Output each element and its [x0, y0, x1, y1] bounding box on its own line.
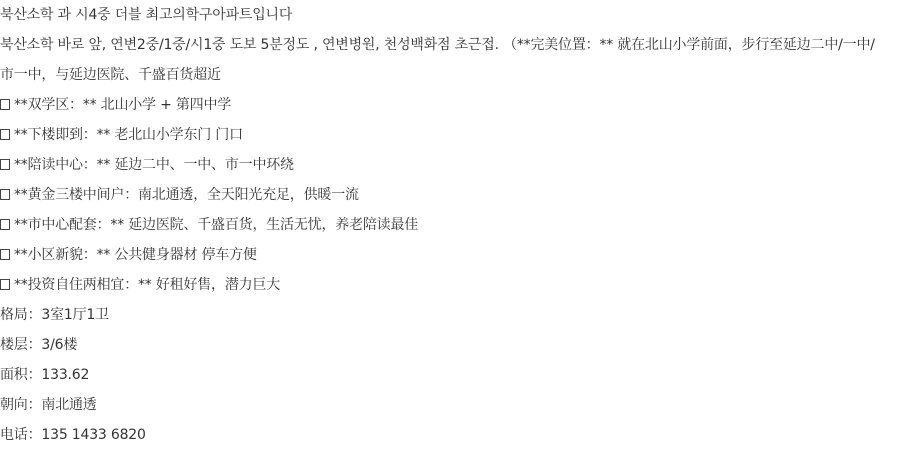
spec-label: 面积：	[0, 367, 41, 383]
listing-title: 북산소학 과 시4중 더블 최고의학구아파트입니다	[0, 5, 292, 25]
feature-text: **下楼即到：** 老北山小学东门 门口	[14, 127, 243, 143]
spec-value: 133.62	[41, 367, 89, 383]
feature-item: **陪读中心：** 延边二中、一中、市一中环绕	[0, 155, 294, 175]
intro-line-1: 북산소학 바로 앞, 연변2중/1중/시1중 도보 5분정도 , 연변병원, 천…	[0, 35, 875, 55]
feature-item: **小区新貌：** 公共健身器材 停车方便	[0, 245, 257, 265]
spec-label: 电话：	[0, 427, 41, 443]
checkbox-glyph-icon	[0, 129, 10, 140]
spec-label: 楼层：	[0, 337, 41, 353]
checkbox-glyph-icon	[0, 159, 10, 170]
feature-item: **投资自住两相宜：** 好租好售，潜力巨大	[0, 275, 280, 295]
feature-text: **陪读中心：** 延边二中、一中、市一中环绕	[14, 157, 294, 173]
checkbox-glyph-icon	[0, 99, 10, 110]
spec-label: 格局：	[0, 307, 41, 323]
checkbox-glyph-icon	[0, 279, 10, 290]
checkbox-glyph-icon	[0, 219, 10, 230]
spec-value: 135 1433 6820	[41, 427, 145, 443]
spec-value: 南北通透	[41, 397, 96, 413]
spec-value: 3室1厅1卫	[41, 307, 109, 323]
feature-item: **下楼即到：** 老北山小学东门 门口	[0, 125, 243, 145]
intro-line-2: 市一中，与延边医院、千盛百货超近	[0, 65, 221, 85]
feature-text: **投资自住两相宜：** 好租好售，潜力巨大	[14, 277, 280, 293]
checkbox-glyph-icon	[0, 189, 10, 200]
feature-text: **黄金三楼中间户：南北通透，全天阳光充足，供暖一流	[14, 187, 359, 203]
spec-orientation: 朝向：南北通透	[0, 395, 97, 415]
feature-item: **双学区：** 北山小学 + 第四中学	[0, 95, 231, 115]
checkbox-glyph-icon	[0, 249, 10, 260]
feature-item: **黄金三楼中间户：南北通透，全天阳光充足，供暖一流	[0, 185, 359, 205]
spec-area: 面积：133.62	[0, 365, 89, 385]
feature-text: **市中心配套：** 延边医院、千盛百货，生活无忧，养老陪读最佳	[14, 217, 418, 233]
feature-text: **双学区：** 北山小学 + 第四中学	[14, 97, 231, 113]
feature-item: **市中心配套：** 延边医院、千盛百货，生活无忧，养老陪读最佳	[0, 215, 418, 235]
spec-floor: 楼层：3/6楼	[0, 335, 77, 355]
spec-phone: 电话：135 1433 6820	[0, 425, 146, 445]
spec-label: 朝向：	[0, 397, 41, 413]
spec-value: 3/6楼	[41, 337, 77, 353]
spec-layout: 格局：3室1厅1卫	[0, 305, 109, 325]
feature-text: **小区新貌：** 公共健身器材 停车方便	[14, 247, 257, 263]
